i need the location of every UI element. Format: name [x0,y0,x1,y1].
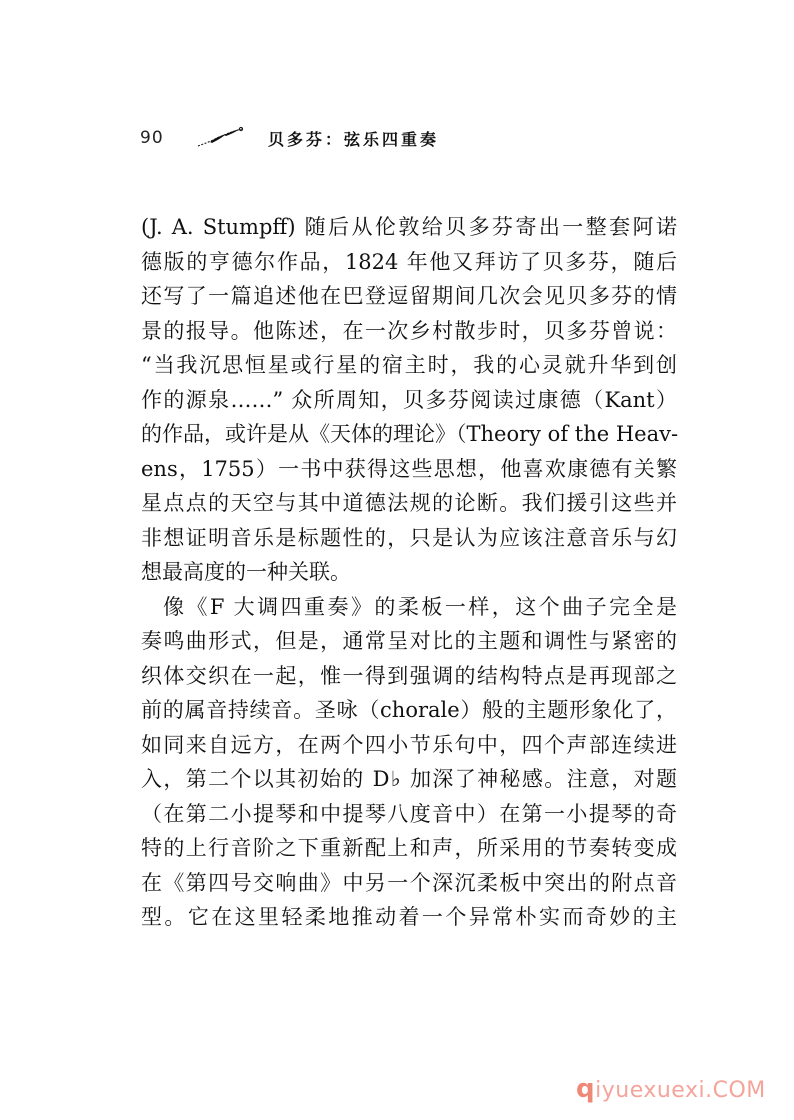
text-line: 织体交织在一起，惟一得到强调的结构特点是再现部之 [141,659,677,694]
text-line: (J. A. Stumpff) 随后从伦敦给贝多芬寄出一整套阿诺 [141,210,677,245]
watermark-logo-letter: q [576,1074,595,1104]
body-text: (J. A. Stumpff) 随后从伦敦给贝多芬寄出一整套阿诺 德版的亨德尔作… [141,210,677,935]
text-line: （在第二小提琴和中提琴八度音中）在第一小提琴的奇 [141,797,677,832]
paragraph-start-line: 像《F 大调四重奏》的柔板一样，这个曲子完全是 [141,590,677,625]
text-line: 的作品，或许是从《天体的理论》（Theory of the Heav- [141,417,677,452]
text-line: 如同来自远方，在两个四小节乐句中，四个声部连续进 [141,728,677,763]
text-line: 前的属音持续音。圣咏（chorale）般的主题形象化了， [141,693,677,728]
text-line: 在《第四号交响曲》中另一个深沉柔板中突出的附点音 [141,866,677,901]
text-line: 入，第二个以其初始的 D♭ 加深了神秘感。注意，对题 [141,762,677,797]
page-header: 90 贝多芬：弦乐四重奏 [140,124,540,154]
watermark: qiyuexuexi.COM [576,1074,766,1104]
page-number: 90 [140,128,164,148]
paragraph-end-line: 想最高度的一种关联。 [141,555,677,590]
text-line: “当我沉思恒星或行星的宿主时，我的心灵就升华到创 [141,348,677,383]
text-line: 作的源泉……” 众所周知，贝多芬阅读过康德（Kant） [141,383,677,418]
text-line: 特的上行音阶之下重新配上和声，所采用的节奏转变成 [141,831,677,866]
text-line: 非想证明音乐是标题性的，只是认为应该注意音乐与幻 [141,521,677,556]
quill-pen-icon [196,126,246,150]
text-line: 星点点的天空与其中道德法规的论断。我们援引这些并 [141,486,677,521]
text-line: 还写了一篇追述他在巴登逗留期间几次会见贝多芬的情 [141,279,677,314]
text-line: 奏鸣曲形式，但是，通常呈对比的主题和调性与紧密的 [141,624,677,659]
text-line: 德版的亨德尔作品，1824 年他又拜访了贝多芬，随后 [141,245,677,280]
text-line: 景的报导。他陈述，在一次乡村散步时，贝多芬曾说： [141,314,677,349]
text-line: 型。它在这里轻柔地推动着一个异常朴实而奇妙的主 [141,900,677,935]
running-title: 贝多芬：弦乐四重奏 [268,127,439,150]
text-line: ens，1755）一书中获得这些思想，他喜欢康德有关繁 [141,452,677,487]
watermark-text: iyuexuexi.COM [595,1078,766,1103]
